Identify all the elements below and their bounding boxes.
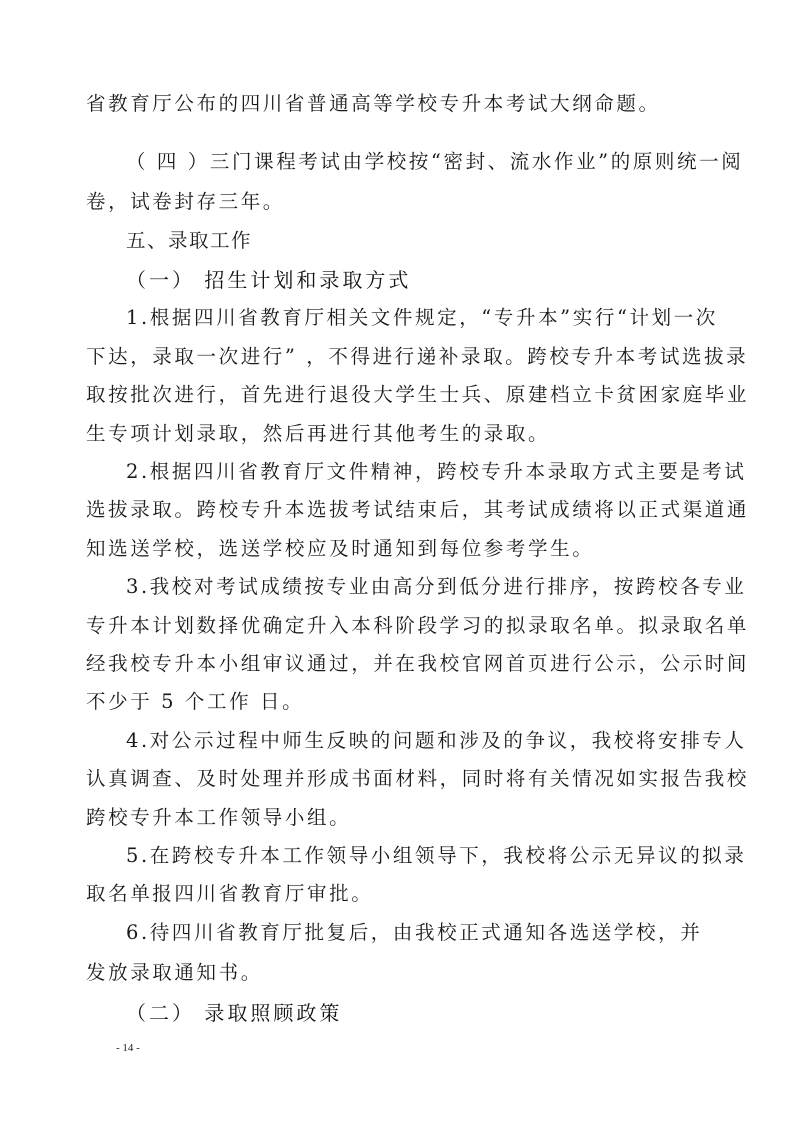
- paragraph-line: 跨校专升本工作领导小组。: [86, 806, 708, 830]
- paragraph-line: 专升本计划数择优确定升入本科阶段学习的拟录取名单。拟录取名单: [86, 614, 708, 638]
- paragraph-line: 取名单报四川省教育厅审批。: [86, 882, 708, 906]
- paragraph-line: 6.待四川省教育厅批复后，由我校正式通知各选送学校，并: [126, 921, 708, 945]
- paragraph-line: 生专项计划录取，然后再进行其他考生的录取。: [86, 422, 708, 446]
- paragraph-line: 2.根据四川省教育厅文件精神，跨校专升本录取方式主要是考试: [126, 460, 708, 484]
- paragraph-line: 不少于 5 个工作 日。: [86, 690, 708, 714]
- paragraph-line: 1.根据四川省教育厅相关文件规定，“专升本”实行“计划一次: [126, 306, 708, 330]
- paragraph-line: 认真调查、及时处理并形成书面材料，同时将有关情况如实报告我校: [86, 767, 708, 791]
- paragraph-line: 卷，试卷封存三年。: [86, 190, 708, 214]
- paragraph-line: 发放录取通知书。: [86, 961, 708, 985]
- section-heading: 五、录取工作: [126, 229, 748, 253]
- paragraph-line: 5.在跨校专升本工作领导小组领导下，我校将公示无异议的拟录: [126, 844, 708, 868]
- paragraph-line: 4.对公示过程中师生反映的问题和涉及的争议，我校将安排专人: [126, 729, 708, 753]
- paragraph-line: 取按批次进行，首先进行退役大学生士兵、原建档立卡贫困家庭毕业: [86, 383, 708, 407]
- paragraph-line: 知选送学校，选送学校应及时通知到每位参考学生。: [86, 537, 708, 561]
- paragraph-line: 省教育厅公布的四川省普通高等学校专升本考试大纲命题。: [86, 92, 708, 116]
- subsection-heading: （二） 录取照顾政策: [126, 1001, 708, 1025]
- page-number: - 14 -: [116, 1042, 140, 1054]
- paragraph-line: 3.我校对考试成绩按专业由高分到低分进行排序，按跨校各专业: [126, 575, 708, 599]
- paragraph-line: 经我校专升本小组审议通过，并在我校官网首页进行公示，公示时间: [86, 652, 708, 676]
- paragraph-line: 选拔录取。跨校专升本选拔考试结束后，其考试成绩将以正式渠道通: [86, 498, 708, 522]
- paragraph-line: （ 四 ）三门课程考试由学校按“密封、流水作业”的原则统一阅: [126, 150, 708, 174]
- paragraph-line: 下达，录取一次进行” ，不得进行递补录取。跨校专升本考试选拔录: [86, 345, 708, 369]
- subsection-heading: （一） 招生计划和录取方式: [126, 268, 708, 292]
